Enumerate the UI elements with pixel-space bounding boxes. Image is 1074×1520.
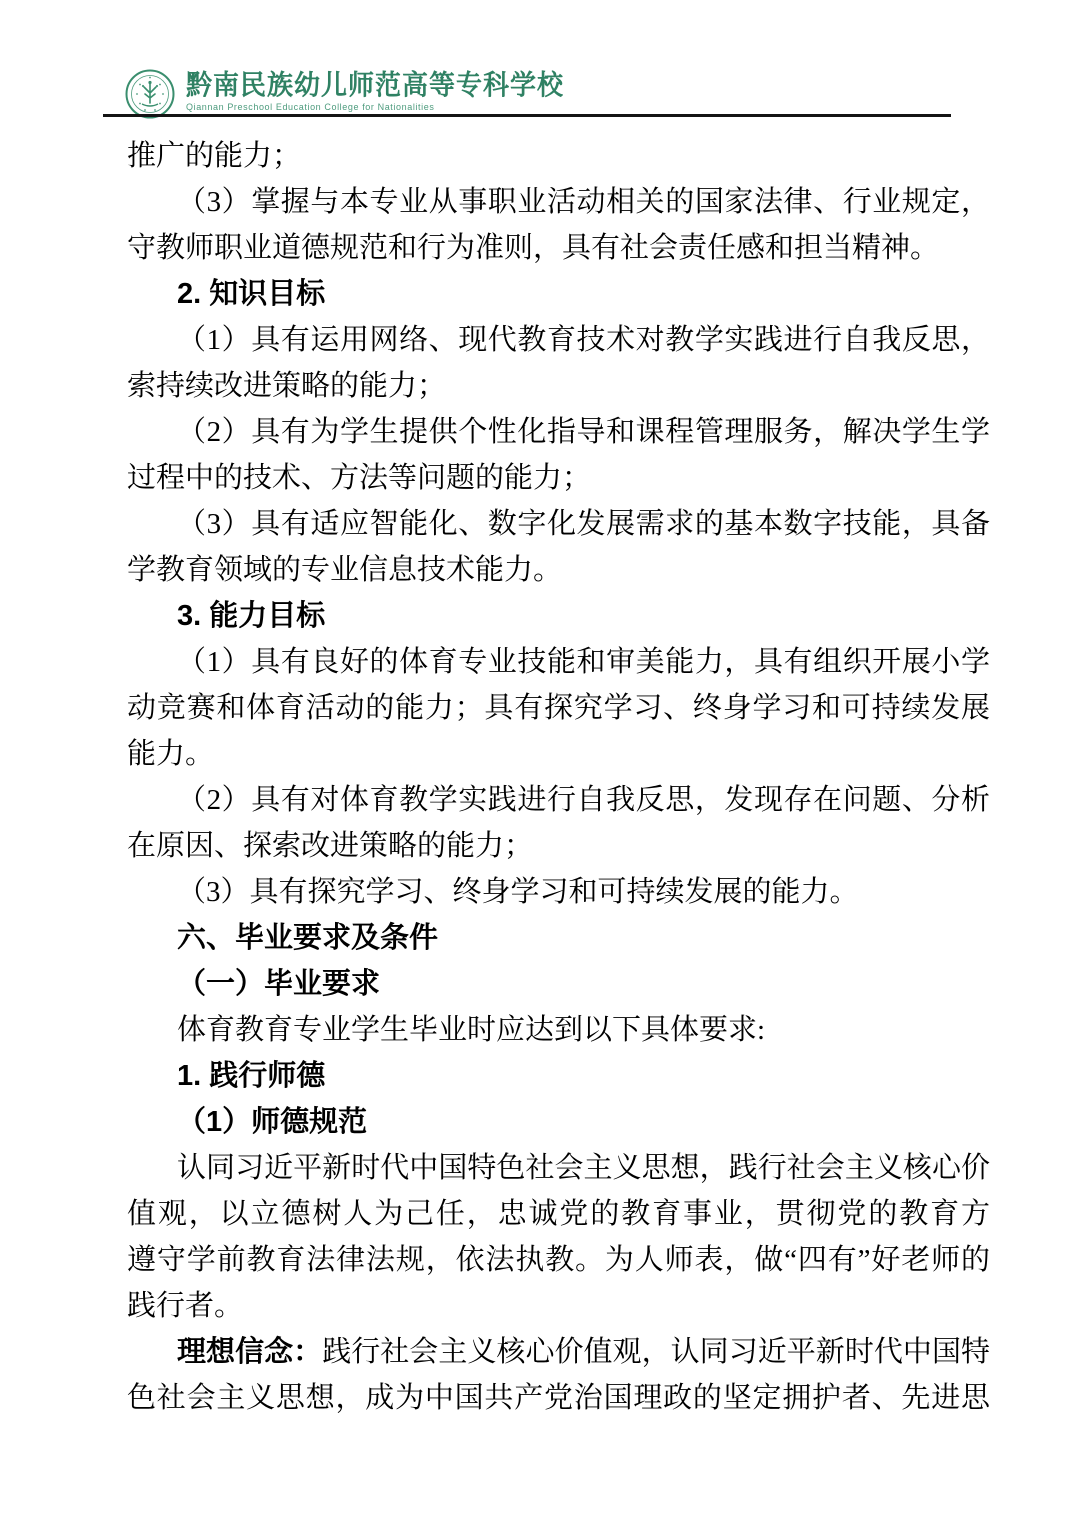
doc-heading-line: 3. 能力目标 (127, 593, 990, 639)
doc-line: （2）具有对体育教学实践进行自我反思，发现存在问题、分析内 (127, 777, 990, 823)
school-name-en: Qiannan Preschool Education College for … (186, 102, 746, 113)
doc-heading-line: 1. 践行师德 (127, 1053, 990, 1099)
doc-heading-line: 2. 知识目标 (127, 271, 990, 317)
doc-line: 体育教育专业学生毕业时应达到以下具体要求: (127, 1007, 990, 1053)
doc-line: （2）具有为学生提供个性化指导和课程管理服务，解决学生学习 (127, 409, 990, 455)
school-name-zh: 黔南民族幼儿师范高等专科学校 (186, 70, 746, 102)
school-seal-icon (125, 69, 175, 119)
doc-line: （3）具有探究学习、终身学习和可持续发展的能力。 (127, 869, 990, 915)
doc-line-text: 践行社会主义核心价值观，认同习近平新时代中国特 (322, 1336, 990, 1368)
doc-line: （1）具有运用网络、现代教育技术对教学实践进行自我反思，探 (127, 317, 990, 363)
doc-line: 索持续改进策略的能力； (127, 363, 990, 409)
doc-line: 动竞赛和体育活动的能力；具有探究学习、终身学习和可持续发展的 (127, 685, 990, 731)
doc-line: 在原因、探索改进策略的能力； (127, 823, 990, 869)
doc-line: （1）具有良好的体育专业技能和审美能力，具有组织开展小学运 (127, 639, 990, 685)
document-body: 推广的能力；（3）掌握与本专业从事职业活动相关的国家法律、行业规定，遵守教师职业… (127, 133, 990, 1421)
doc-line: 守教师职业道德规范和行为准则，具有社会责任感和担当精神。 (127, 225, 990, 271)
doc-line: 认同习近平新时代中国特色社会主义思想，践行社会主义核心价 (127, 1145, 990, 1191)
doc-runin-heading: 理想信念： (177, 1336, 322, 1368)
doc-line: 色社会主义思想，成为中国共产党治国理政的坚定拥护者、先进思想 (127, 1375, 990, 1421)
doc-line: 能力。 (127, 731, 990, 777)
doc-line: 值观，以立德树人为己任，忠诚党的教育事业，贯彻党的教育方针。 (127, 1191, 990, 1237)
doc-heading-line: （1）师德规范 (127, 1099, 990, 1145)
doc-line: 践行者。 (127, 1283, 990, 1329)
doc-line: 学教育领域的专业信息技术能力。 (127, 547, 990, 593)
doc-line: （3）具有适应智能化、数字化发展需求的基本数字技能，具备小 (127, 501, 990, 547)
header-divider-rule (103, 114, 951, 117)
doc-line: 推广的能力； (127, 133, 990, 179)
doc-heading-line: （一）毕业要求 (127, 961, 990, 1007)
letterhead: 黔南民族幼儿师范高等专科学校 Qiannan Preschool Educati… (0, 0, 1074, 130)
doc-line: 遵守学前教育法律法规，依法执教。为人师表，做“四有”好老师的 (127, 1237, 990, 1283)
document-page: 黔南民族幼儿师范高等专科学校 Qiannan Preschool Educati… (0, 0, 1074, 1520)
doc-line: （3）掌握与本专业从事职业活动相关的国家法律、行业规定，遵 (127, 179, 990, 225)
school-brand: 黔南民族幼儿师范高等专科学校 Qiannan Preschool Educati… (186, 70, 746, 113)
doc-line: 理想信念：践行社会主义核心价值观，认同习近平新时代中国特 (127, 1329, 990, 1375)
doc-heading-line: 六、毕业要求及条件 (127, 915, 990, 961)
doc-line: 过程中的技术、方法等问题的能力； (127, 455, 990, 501)
